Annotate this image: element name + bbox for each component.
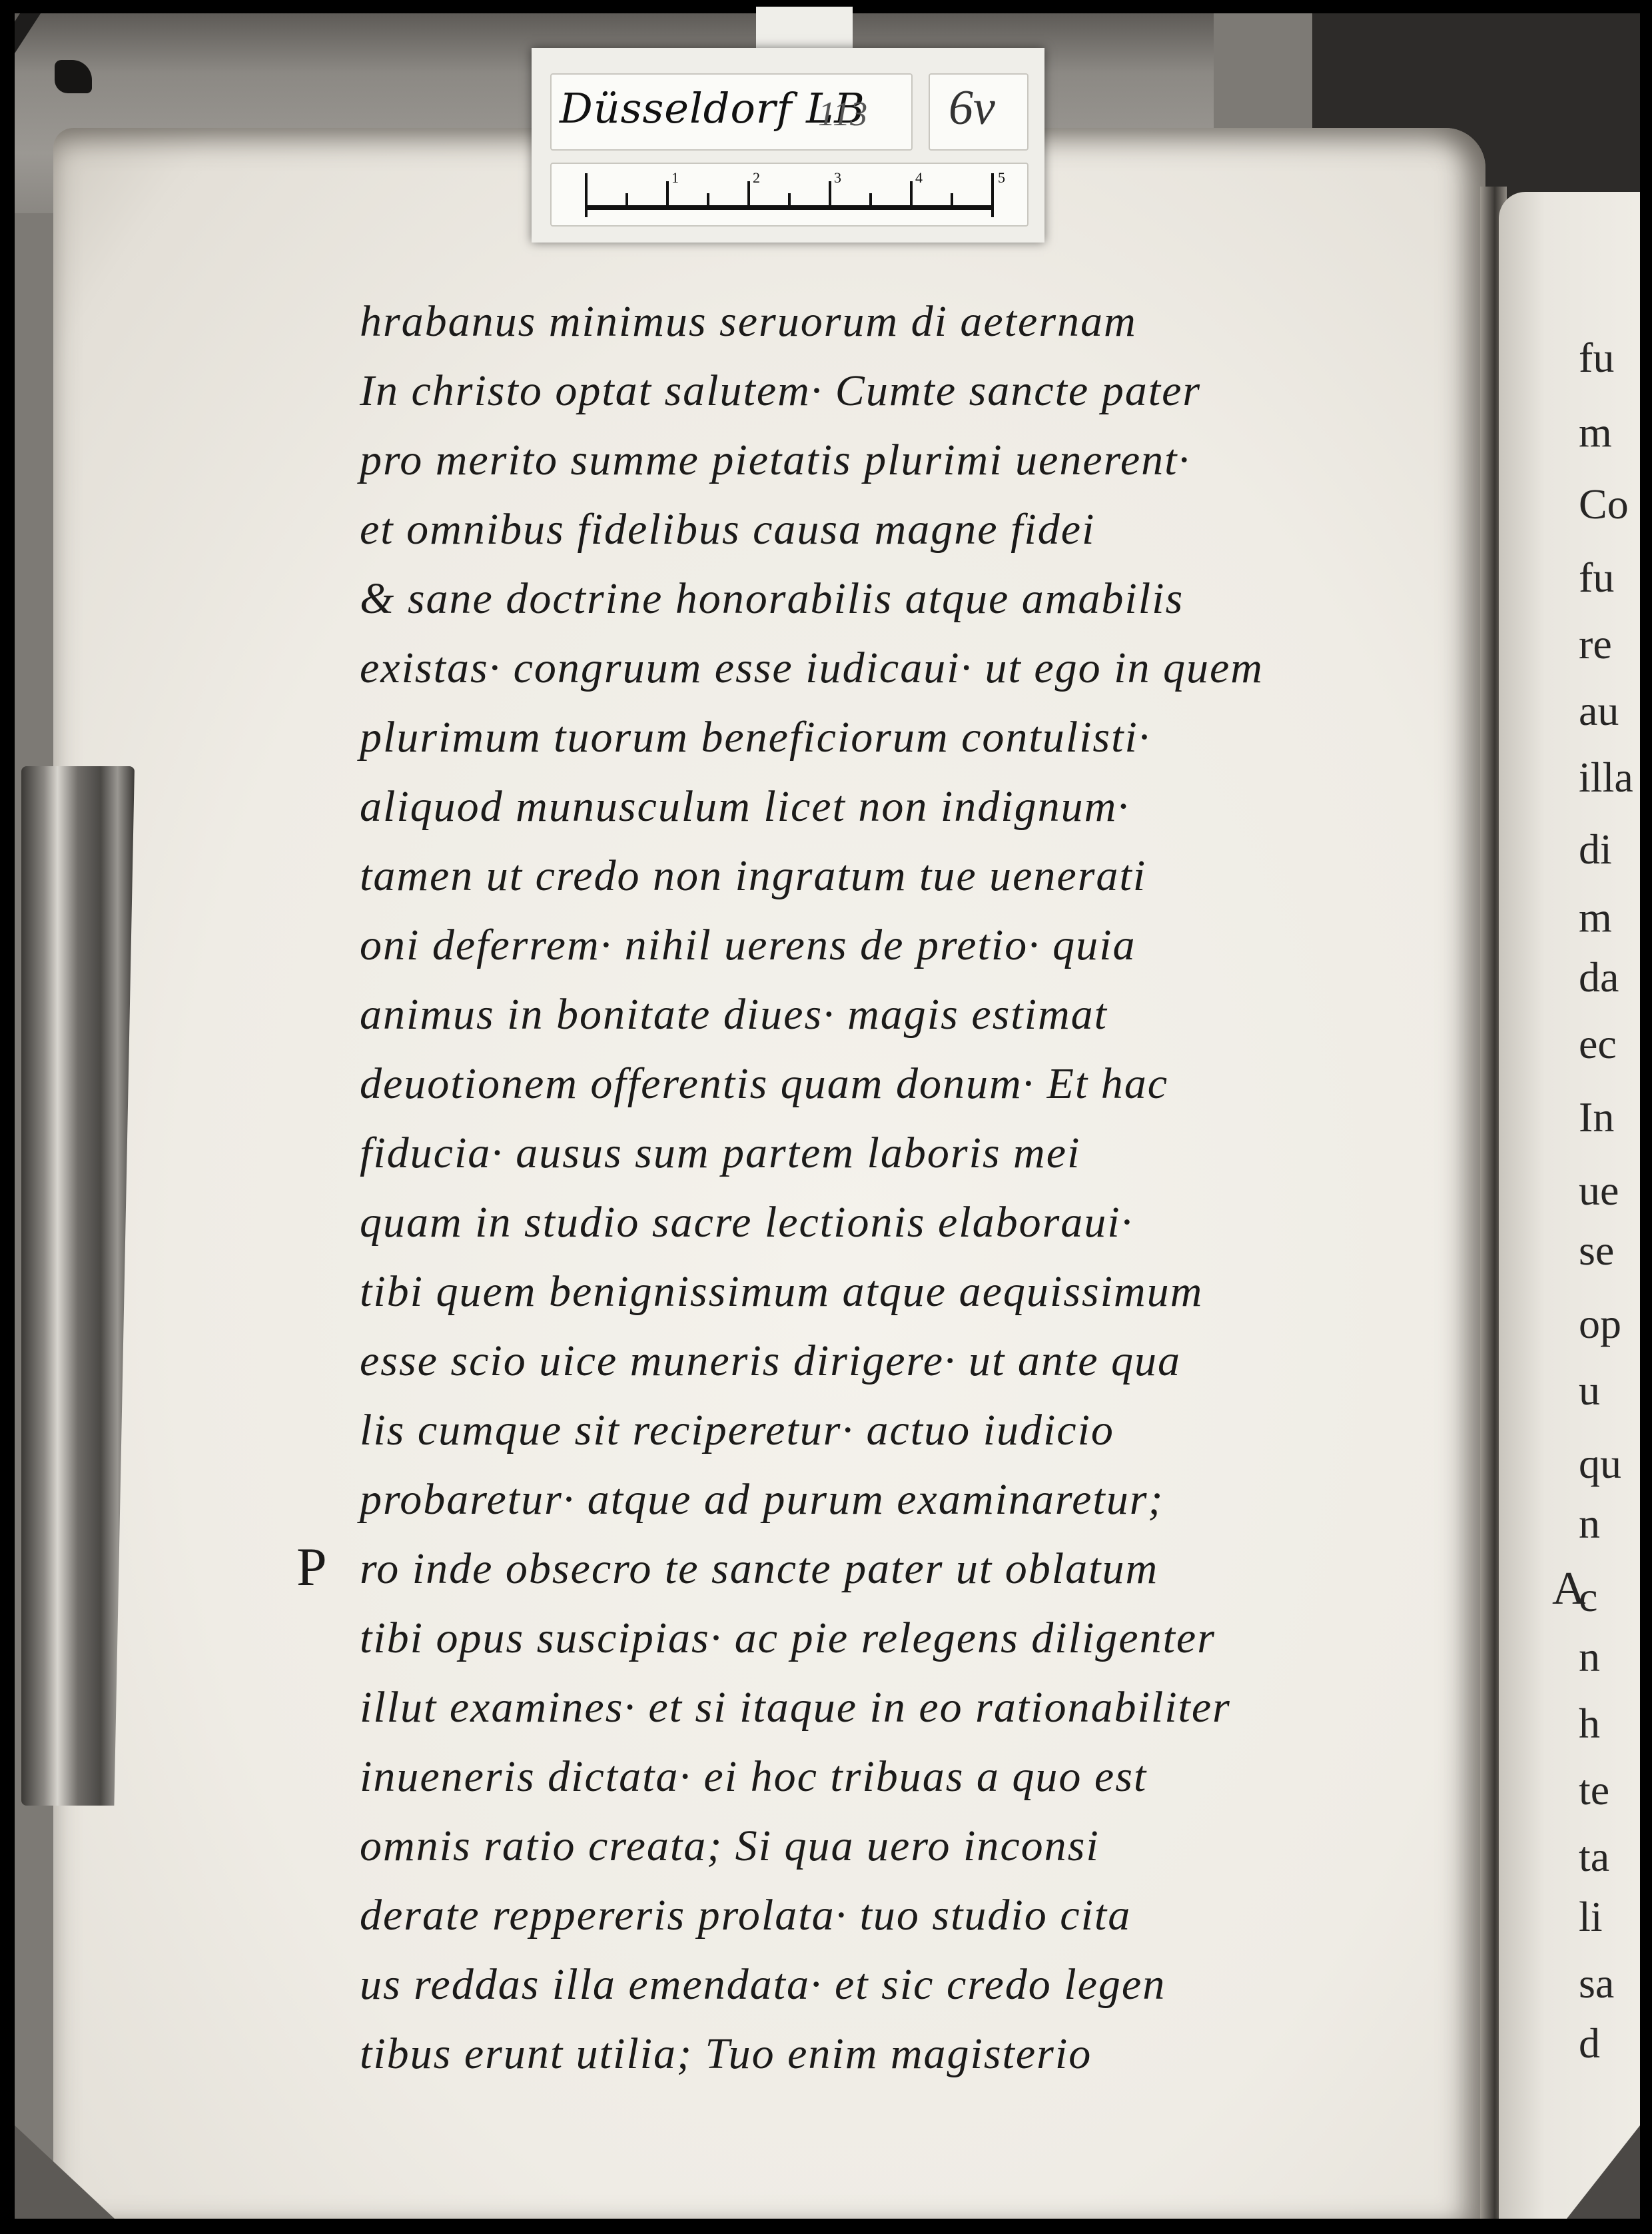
initial-letter-a: A xyxy=(1552,1562,1586,1616)
fragment: di xyxy=(1579,825,1612,874)
scale-tick xyxy=(707,193,709,208)
text-line: probaretur· atque ad purum examinaretur; xyxy=(360,1474,1164,1525)
fragment: m xyxy=(1579,408,1612,457)
text-line: & sane doctrine honorabilis atque amabil… xyxy=(360,574,1184,624)
text-line: inueneris dictata· ei hoc tribuas a quo … xyxy=(360,1752,1147,1802)
fragment: n xyxy=(1579,1499,1600,1548)
fragment: op xyxy=(1579,1299,1621,1349)
text-line: tibi opus suscipias· ac pie relegens dil… xyxy=(360,1613,1216,1664)
cm-scale-bar: 1 2 3 4 5 xyxy=(550,163,1029,227)
folio-box: 6v xyxy=(929,73,1029,151)
fragment: illa xyxy=(1579,753,1633,802)
fragment: fu xyxy=(1579,553,1614,602)
scale-tick-2 xyxy=(747,181,750,208)
text-line: lis cumque sit reciperetur· actuo iudici… xyxy=(360,1405,1114,1456)
shelfmark-number: 113 xyxy=(818,95,867,134)
scale-tick-3 xyxy=(829,181,831,208)
collection-box: Düsseldorf LB 113 xyxy=(550,73,913,151)
fragment: fu xyxy=(1579,333,1614,382)
text-line: et omnibus fidelibus causa magne fidei xyxy=(360,504,1095,555)
fragment: re xyxy=(1579,620,1612,669)
fragment: ec xyxy=(1579,1019,1617,1069)
scale-label-3: 3 xyxy=(834,169,841,187)
scale-tick-5 xyxy=(991,173,994,217)
fragment: In xyxy=(1579,1093,1614,1142)
fragment: ue xyxy=(1579,1166,1619,1215)
scale-label-4: 4 xyxy=(915,169,923,187)
text-line: pro merito summe pietatis plurimi uenere… xyxy=(360,435,1190,486)
fragment: au xyxy=(1579,686,1619,736)
text-line: tamen ut credo non ingratum tue uenerati xyxy=(360,851,1146,901)
fragment: m xyxy=(1579,893,1612,942)
text-line: animus in bonitate diues· magis estimat xyxy=(360,989,1108,1040)
text-line: In christo optat salutem· Cumte sancte p… xyxy=(360,366,1201,416)
text-line: derate reppereris prolata· tuo studio ci… xyxy=(360,1890,1131,1941)
fragment: Co xyxy=(1579,480,1629,529)
text-line: tibus erunt utilia; Tuo enim magisterio xyxy=(360,2029,1092,2079)
text-line: deuotionem offerentis quam donum· Et hac xyxy=(360,1059,1168,1109)
fragment: se xyxy=(1579,1226,1614,1275)
text-line: existas· congruum esse iudicaui· ut ego … xyxy=(360,643,1264,694)
text-line: quam in studio sacre lectionis elaboraui… xyxy=(360,1197,1133,1248)
scale-tick xyxy=(951,193,953,208)
scale-label-1: 1 xyxy=(671,169,679,187)
scale-tick xyxy=(869,193,872,208)
scale-tick-0 xyxy=(585,173,588,217)
text-line: esse scio uice muneris dirigere· ut ante… xyxy=(360,1336,1181,1387)
fragment: d xyxy=(1579,2019,1600,2068)
text-line: illut examines· et si itaque in eo ratio… xyxy=(360,1682,1231,1733)
text-line: omnis ratio creata; Si qua uero inconsi xyxy=(360,1821,1100,1872)
scale-tick xyxy=(625,193,628,208)
scale-tick xyxy=(788,193,791,208)
fragment: ta xyxy=(1579,1832,1609,1882)
scale-label-2: 2 xyxy=(753,169,760,187)
folio-number: 6v xyxy=(949,80,995,137)
fragment: h xyxy=(1579,1699,1600,1748)
scale-tick-1 xyxy=(666,181,669,208)
fragment: qu xyxy=(1579,1439,1621,1488)
fragment: n xyxy=(1579,1632,1600,1682)
text-line: aliquod munusculum licet non indignum· xyxy=(360,782,1130,832)
fragment: u xyxy=(1579,1366,1600,1415)
scale-label-5: 5 xyxy=(998,169,1005,187)
shelfmark-label: Düsseldorf LB 113 6v 1 2 3 4 5 xyxy=(532,48,1044,243)
text-line: ro inde obsecro te sancte pater ut oblat… xyxy=(360,1544,1158,1594)
fragment: da xyxy=(1579,953,1619,1002)
fragment: li xyxy=(1579,1892,1603,1942)
text-line: oni deferrem· nihil uerens de pretio· qu… xyxy=(360,920,1136,971)
text-line: hrabanus minimus seruorum di aeternam xyxy=(360,296,1137,347)
text-line: plurimum tuorum beneficiorum contulisti· xyxy=(360,712,1150,763)
text-line: fiducia· ausus sum partem laboris mei xyxy=(360,1128,1080,1179)
scale-tick-4 xyxy=(910,181,913,208)
text-line: us reddas illa emendata· et sic credo le… xyxy=(360,1959,1166,2010)
fragment: te xyxy=(1579,1766,1609,1815)
initial-letter-p: P xyxy=(296,1536,327,1598)
fragment: sa xyxy=(1579,1959,1614,2008)
text-line: tibi quem benignissimum atque aequissimu… xyxy=(360,1267,1203,1317)
